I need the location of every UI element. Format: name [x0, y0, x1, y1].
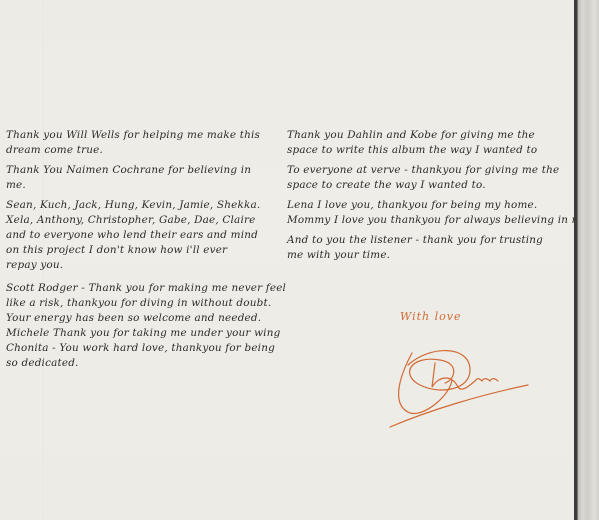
handwritten-line: Thank You Naimen Cochrane for believing …	[6, 163, 281, 178]
handwritten-line: Lena I love you, thankyou for being my h…	[287, 198, 567, 213]
handwritten-line: Sean, Kuch, Jack, Hung, Kevin, Jamie, Sh…	[6, 198, 281, 213]
handwritten-line: Michele Thank you for taking me under yo…	[6, 326, 281, 341]
booklet-spine-edge	[574, 0, 599, 520]
left-thanks-column: Thank you Will Wells for helping me make…	[6, 128, 281, 371]
handwritten-line: dream come true.	[6, 143, 281, 158]
handwritten-line: Thank you Will Wells for helping me make…	[6, 128, 281, 143]
handwritten-line: Mommy I love you thankyou for always bel…	[287, 213, 567, 228]
handwritten-line: space to create the way I wanted to.	[287, 178, 567, 193]
handwritten-line: Chonita - You work hard love, thankyou f…	[6, 341, 281, 356]
handwritten-line: me with your time.	[287, 248, 567, 263]
right-thanks-column: Thank you Dahlin and Kobe for giving me …	[287, 128, 567, 263]
liner-notes-page: Thank you Will Wells for helping me make…	[0, 0, 574, 520]
closing-with-love: With love	[400, 310, 462, 323]
handwritten-line: and to everyone who lend their ears and …	[6, 228, 281, 243]
handwritten-line: To everyone at verve - thankyou for givi…	[287, 163, 567, 178]
handwritten-line: repay you.	[6, 258, 281, 273]
handwritten-line: Your energy has been so welcome and need…	[6, 311, 281, 326]
handwritten-line: And to you the listener - thank you for …	[287, 233, 567, 248]
handwritten-line: Thank you Dahlin and Kobe for giving me …	[287, 128, 567, 143]
handwritten-line: Xela, Anthony, Christopher, Gabe, Dae, C…	[6, 213, 281, 228]
signature-icon	[380, 325, 530, 430]
handwritten-line: on this project I don't know how i'll ev…	[6, 243, 281, 258]
handwritten-line: so dedicated.	[6, 356, 281, 371]
handwritten-line: me.	[6, 178, 281, 193]
handwritten-line: like a risk, thankyou for diving in with…	[6, 296, 281, 311]
handwritten-line: Scott Rodger - Thank you for making me n…	[6, 281, 281, 296]
handwritten-line: space to write this album the way I want…	[287, 143, 567, 158]
